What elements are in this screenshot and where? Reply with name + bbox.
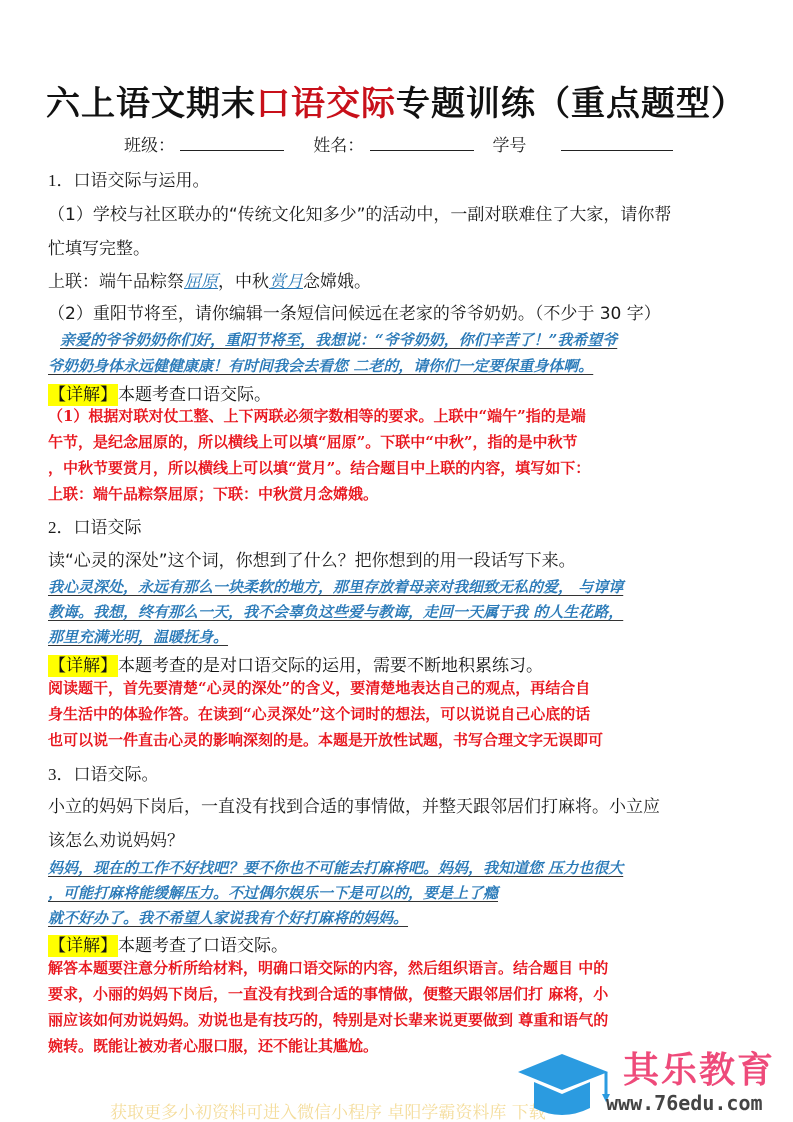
couplet-line: 上联：端午品粽祭屈原，中秋赏月念嫦娥。 [48, 267, 748, 292]
explanation-line: ，中秋节要赏月，所以横线上可以填“赏月”。结合题目中上联的内容，填写如下： [48, 457, 748, 478]
couplet-answer-2[interactable]: 赏月 [269, 272, 303, 292]
title-highlight: 口语交际 [256, 84, 396, 124]
logo-name: 其乐教育 [623, 1042, 775, 1093]
explanation-line: 上联：端午品粽祭屈原；下联：中秋赏月念嫦娥。 [48, 483, 748, 504]
explanation-line: 午节，是纪念屈原的，所以横线上可以填“屈原”。下联中“中秋”，指的是中秋节 [48, 431, 748, 452]
title-suffix: 专题训练（重点题型） [396, 84, 746, 124]
page-title: 六上语文期末口语交际专题训练（重点题型） [46, 76, 766, 125]
question-3-prompt-cont: 该怎么劝说妈妈？ [48, 826, 748, 851]
couplet-middle: ，中秋 [218, 272, 269, 292]
question-3-prompt: 小立的妈妈下岗后，一直没有找到合适的事情做，并整天跟邻居们打麻将。小立应 [48, 792, 748, 817]
question-1-part1-prompt: （1）学校与社区联办的“传统文化知多少”的活动中，一副对联难住了大家，请你帮 [48, 200, 748, 225]
explanation-heading: 【详解】本题考查了口语交际。 [48, 931, 748, 956]
name-label: 姓名： [313, 131, 364, 156]
question-heading-text: ．口语交际与运用。 [57, 171, 210, 191]
question-1-part1-prompt-cont: 忙填写完整。 [48, 234, 748, 259]
class-field[interactable] [180, 134, 284, 151]
number-label: 学号 [492, 131, 526, 156]
question-2-prompt: 读“心灵的深处”这个词，你想到了什么？把你想到的用一段话写下来。 [48, 546, 748, 571]
explanation-heading-text: 本题考查了口语交际。 [118, 936, 288, 956]
name-field[interactable] [370, 134, 474, 151]
question-1-part2-prompt: （2）重阳节将至，请你编辑一条短信问候远在老家的爷爷奶奶。（不少于 30 字） [48, 299, 748, 324]
explanation-line: （1）根据对联对仗工整、上下两联必须字数相等的要求。上联中“端午”指的是端 [48, 405, 748, 426]
answer-line: 那里充满光明，温暖抚身。 [48, 626, 748, 647]
answer-line: 妈妈，现在的工作不好找吧？要不你也不可能去打麻将吧。妈妈，我知道您 压力也很大 [48, 857, 748, 878]
couplet-prefix: 上联：端午品粽祭 [48, 272, 184, 292]
answer-line: 我心灵深处，永远有那么一块柔软的地方，那里存放着母亲对我细致无私的爱， 与谆谆 [48, 576, 748, 597]
answer-line: 爷奶奶身体永远健健康康！有时间我会去看您 二老的，请你们一定要保重身体啊。 [48, 355, 748, 376]
explanation-heading-text: 本题考查口语交际。 [118, 385, 271, 405]
explanation-line: 要求，小丽的妈妈下岗后，一直没有找到合适的事情做，便整天跟邻居们打 麻将，小 [48, 983, 748, 1004]
explanation-tag: 【详解】 [48, 655, 118, 677]
number-field[interactable] [561, 134, 673, 151]
explanation-line: 丽应该如何劝说妈妈。劝说也是有技巧的，特别是对长辈来说更要做到 尊重和语气的 [48, 1009, 748, 1030]
question-number: 2 [48, 518, 57, 537]
brand-logo[interactable]: 其乐教育 www.76edu.com [510, 1042, 790, 1122]
explanation-line: 阅读题干，首先要清楚“心灵的深处”的含义，要清楚地表达自己的观点，再结合自 [48, 677, 748, 698]
answer-line: ，可能打麻将能缓解压力。不过偶尔娱乐一下是可以的，要是上了瘾 [48, 882, 748, 903]
couplet-suffix: 念嫦娥。 [303, 272, 371, 292]
explanation-line: 解答本题要注意分析所给材料，明确口语交际的内容，然后组织语言。结合题目 中的 [48, 957, 748, 978]
question-heading-text: ．口语交际。 [57, 765, 159, 785]
graduation-cap-icon [510, 1042, 620, 1122]
answer-line: 亲爱的爷爷奶奶你们好，重阳节将至，我想说：“爷爷奶奶，你们辛苦了！”我希望爷 [60, 329, 760, 350]
question-number: 1 [48, 171, 57, 190]
explanation-tag: 【详解】 [48, 384, 118, 406]
footer-promo-text: 获取更多小初资料可进入微信小程序 卓阳学霸资料库 下载 [110, 1098, 546, 1122]
explanation-tag: 【详解】 [48, 935, 118, 957]
explanation-heading-text: 本题考查的是对口语交际的运用，需要不断地积累练习。 [118, 656, 543, 676]
question-number: 3 [48, 765, 57, 784]
student-info-row: 班级： 姓名： 学号 [124, 131, 673, 156]
class-label: 班级： [124, 131, 175, 156]
explanation-heading: 【详解】本题考查的是对口语交际的运用，需要不断地积累练习。 [48, 651, 748, 676]
answer-line: 教诲。我想，终有那么一天，我不会辜负这些爱与教诲，走回一天属于我 的人生花路， [48, 601, 748, 622]
question-3-heading: 3．口语交际。 [48, 760, 748, 785]
explanation-line: 也可以说一件直击心灵的影响深刻的是。本题是开放性试题，书写合理文字无误即可 [48, 729, 748, 750]
answer-line: 就不好办了。我不希望人家说我有个好打麻将的妈妈。 [48, 907, 748, 928]
title-prefix: 六上语文期末 [46, 84, 256, 124]
couplet-answer-1[interactable]: 屈原 [184, 272, 218, 292]
question-2-heading: 2．口语交际 [48, 513, 748, 538]
logo-url[interactable]: www.76edu.com [606, 1091, 763, 1115]
question-1-heading: 1．口语交际与运用。 [48, 166, 748, 191]
explanation-heading: 【详解】本题考查口语交际。 [48, 380, 748, 405]
exam-page: 六上语文期末口语交际专题训练（重点题型） 班级： 姓名： 学号 1．口语交际与运… [0, 0, 793, 1122]
explanation-line: 身生活中的体验作答。在读到“心灵深处”这个词时的想法，可以说说自己心底的话 [48, 703, 748, 724]
question-heading-text: ．口语交际 [57, 518, 142, 538]
